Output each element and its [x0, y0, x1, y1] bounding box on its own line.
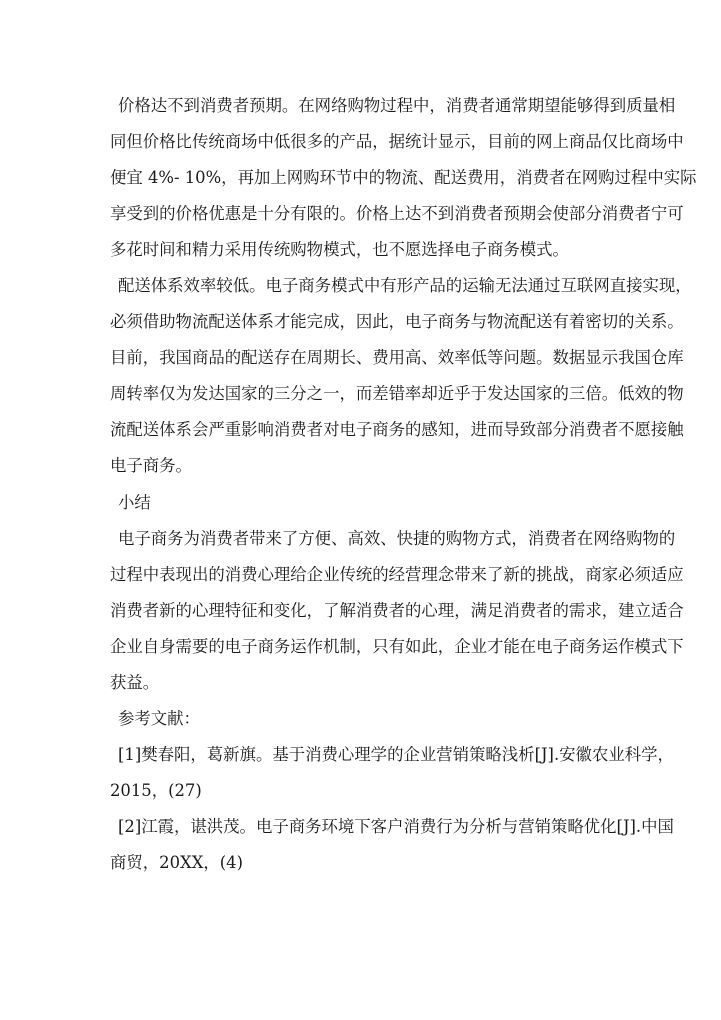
- reference-item-1: [1]樊春阳，葛新旗。基于消费心理学的企业营销策略浅析[J].安徽农业科学， 2…: [110, 737, 612, 809]
- text-line: 价格达不到消费者预期。在网络购物过程中，消费者通常期望能够得到质量相: [110, 88, 612, 124]
- section-heading-summary: 小结: [110, 485, 612, 521]
- text-line: 2015，(27): [110, 773, 612, 809]
- text-line: 流配送体系会严重影响消费者对电子商务的感知，进而导致部分消费者不愿接触: [110, 412, 612, 448]
- text-line: 电子商务。: [110, 448, 612, 484]
- paragraph-price-expectation: 价格达不到消费者预期。在网络购物过程中，消费者通常期望能够得到质量相 同但价格比…: [110, 88, 612, 268]
- text-line: 商贸，20XX，(4): [110, 845, 612, 881]
- text-line: 配送体系效率较低。电子商务模式中有形产品的运输无法通过互联网直接实现，: [110, 268, 612, 304]
- heading-text: 小结: [110, 485, 612, 521]
- text-line: 周转率仅为发达国家的三分之一，而差错率却近乎于发达国家的三倍。低效的物: [110, 376, 612, 412]
- text-line: [2]江霞，谌洪茂。电子商务环境下客户消费行为分析与营销策略优化[J].中国: [110, 809, 612, 845]
- text-line: 电子商务为消费者带来了方便、高效、快捷的购物方式，消费者在网络购物的: [110, 521, 612, 557]
- text-line: [1]樊春阳，葛新旗。基于消费心理学的企业营销策略浅析[J].安徽农业科学，: [110, 737, 612, 773]
- heading-text: 参考文献：: [110, 701, 612, 737]
- text-line: 多花时间和精力采用传统购物模式，也不愿选择电子商务模式。: [110, 232, 612, 268]
- paragraph-delivery-efficiency: 配送体系效率较低。电子商务模式中有形产品的运输无法通过互联网直接实现， 必须借助…: [110, 268, 612, 484]
- document-page: 价格达不到消费者预期。在网络购物过程中，消费者通常期望能够得到质量相 同但价格比…: [110, 88, 612, 881]
- text-line: 便宜 4%- 10%，再加上网购环节中的物流、配送费用，消费者在网购过程中实际: [110, 160, 612, 196]
- text-line: 过程中表现出的消费心理给企业传统的经营理念带来了新的挑战，商家必须适应: [110, 557, 612, 593]
- text-line: 目前，我国商品的配送存在周期长、费用高、效率低等问题。数据显示我国仓库: [110, 340, 612, 376]
- section-heading-references: 参考文献：: [110, 701, 612, 737]
- paragraph-summary: 电子商务为消费者带来了方便、高效、快捷的购物方式，消费者在网络购物的 过程中表现…: [110, 521, 612, 701]
- text-line: 获益。: [110, 665, 612, 701]
- reference-item-2: [2]江霞，谌洪茂。电子商务环境下客户消费行为分析与营销策略优化[J].中国 商…: [110, 809, 612, 881]
- text-line: 消费者新的心理特征和变化，了解消费者的心理，满足消费者的需求，建立适合: [110, 593, 612, 629]
- text-line: 企业自身需要的电子商务运作机制，只有如此，企业才能在电子商务运作模式下: [110, 629, 612, 665]
- text-line: 必须借助物流配送体系才能完成，因此，电子商务与物流配送有着密切的关系。: [110, 304, 612, 340]
- text-line: 享受到的价格优惠是十分有限的。价格上达不到消费者预期会使部分消费者宁可: [110, 196, 612, 232]
- text-line: 同但价格比传统商场中低很多的产品，据统计显示，目前的网上商品仅比商场中: [110, 124, 612, 160]
